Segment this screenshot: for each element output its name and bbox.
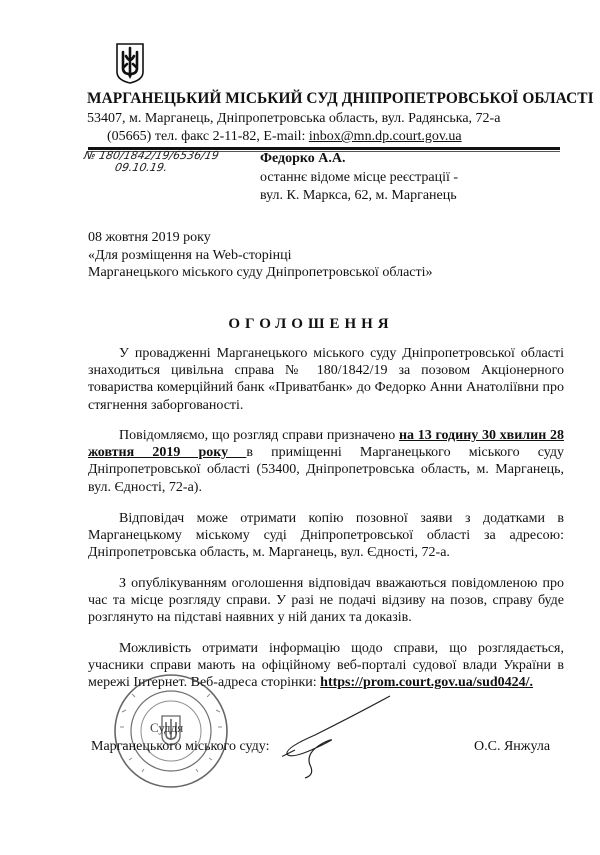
signature-court-label: Марганецького міського суду:: [91, 739, 270, 755]
purpose-line2: Марганецького міського суду Дніпропетров…: [88, 264, 433, 282]
recipient-address-line1: останнє відоме місце реєстрації -: [260, 169, 458, 188]
court-web-link[interactable]: https://prom.court.gov.ua/sud0424/.: [320, 675, 533, 690]
paragraph-text: У провадженні Марганецького міського суд…: [88, 346, 564, 413]
paragraph-text: Повідомляємо, що розгляд справи призначе…: [119, 428, 399, 443]
paragraph-case-info: У провадженні Марганецького міського суд…: [88, 345, 564, 414]
judge-label: Суддя: [150, 720, 183, 736]
paragraph-text: Відповідач може отримати копію позовної …: [88, 511, 564, 560]
registration-date: 09.10.19.: [81, 161, 218, 174]
document-meta: 08 жовтня 2019 року «Для розміщення на W…: [88, 229, 433, 282]
email-link[interactable]: inbox@mn.dp.court.gov.ua: [309, 129, 462, 144]
purpose-line1: «Для розміщення на Web-сторінці: [88, 247, 433, 265]
paragraph-notification: З опублікуванням оголошення відповідач в…: [88, 575, 564, 627]
court-contacts: (05665) тел. факс 2-11-82, E-mail: inbox…: [107, 129, 462, 145]
recipient-block: Федорко А.А. останнє відоме місце реєстр…: [260, 150, 458, 206]
court-name-heading: МАРГАНЕЦЬКИЙ МІСЬКИЙ СУД ДНІПРОПЕТРОВСЬК…: [87, 90, 594, 108]
paragraph-hearing-time: Повідомляємо, що розгляд справи призначе…: [88, 427, 564, 496]
court-address: 53407, м. Марганець, Дніпропетровська об…: [87, 111, 500, 127]
recipient-name: Федорко А.А.: [260, 150, 458, 169]
recipient-address-line2: вул. К. Маркса, 62, м. Марганець: [260, 187, 458, 206]
trident-crest-icon: [115, 42, 145, 84]
signature-icon: [265, 690, 395, 780]
paragraph-text: З опублікуванням оголошення відповідач в…: [88, 576, 564, 625]
judge-name: О.С. Янжула: [474, 739, 550, 755]
document-title: ОГОЛОШЕННЯ: [0, 316, 600, 333]
document-date: 08 жовтня 2019 року: [88, 229, 433, 247]
contact-phone-fax: (05665) тел. факс 2-11-82, E-mail:: [107, 129, 309, 144]
handwritten-registration: № 180/1842/19/6536/19 09.10.19.: [81, 149, 220, 174]
paragraph-claim-copy: Відповідач може отримати копію позовної …: [88, 510, 564, 562]
